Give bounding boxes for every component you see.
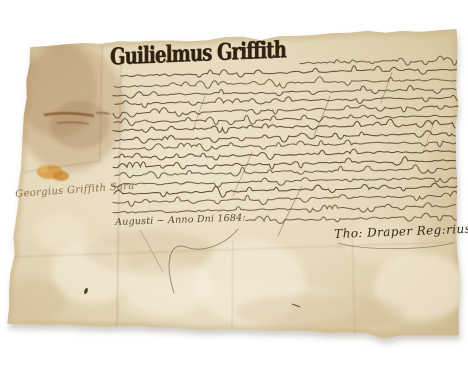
tan-blotch bbox=[6, 278, 66, 322]
water-stain bbox=[34, 214, 86, 250]
wax-stain bbox=[53, 171, 69, 181]
manuscript-photo bbox=[0, 0, 468, 382]
tan-blotch bbox=[235, 294, 405, 330]
photo-canvas: Guilielmus Griffith Georgius Griffith Sa… bbox=[0, 0, 468, 382]
